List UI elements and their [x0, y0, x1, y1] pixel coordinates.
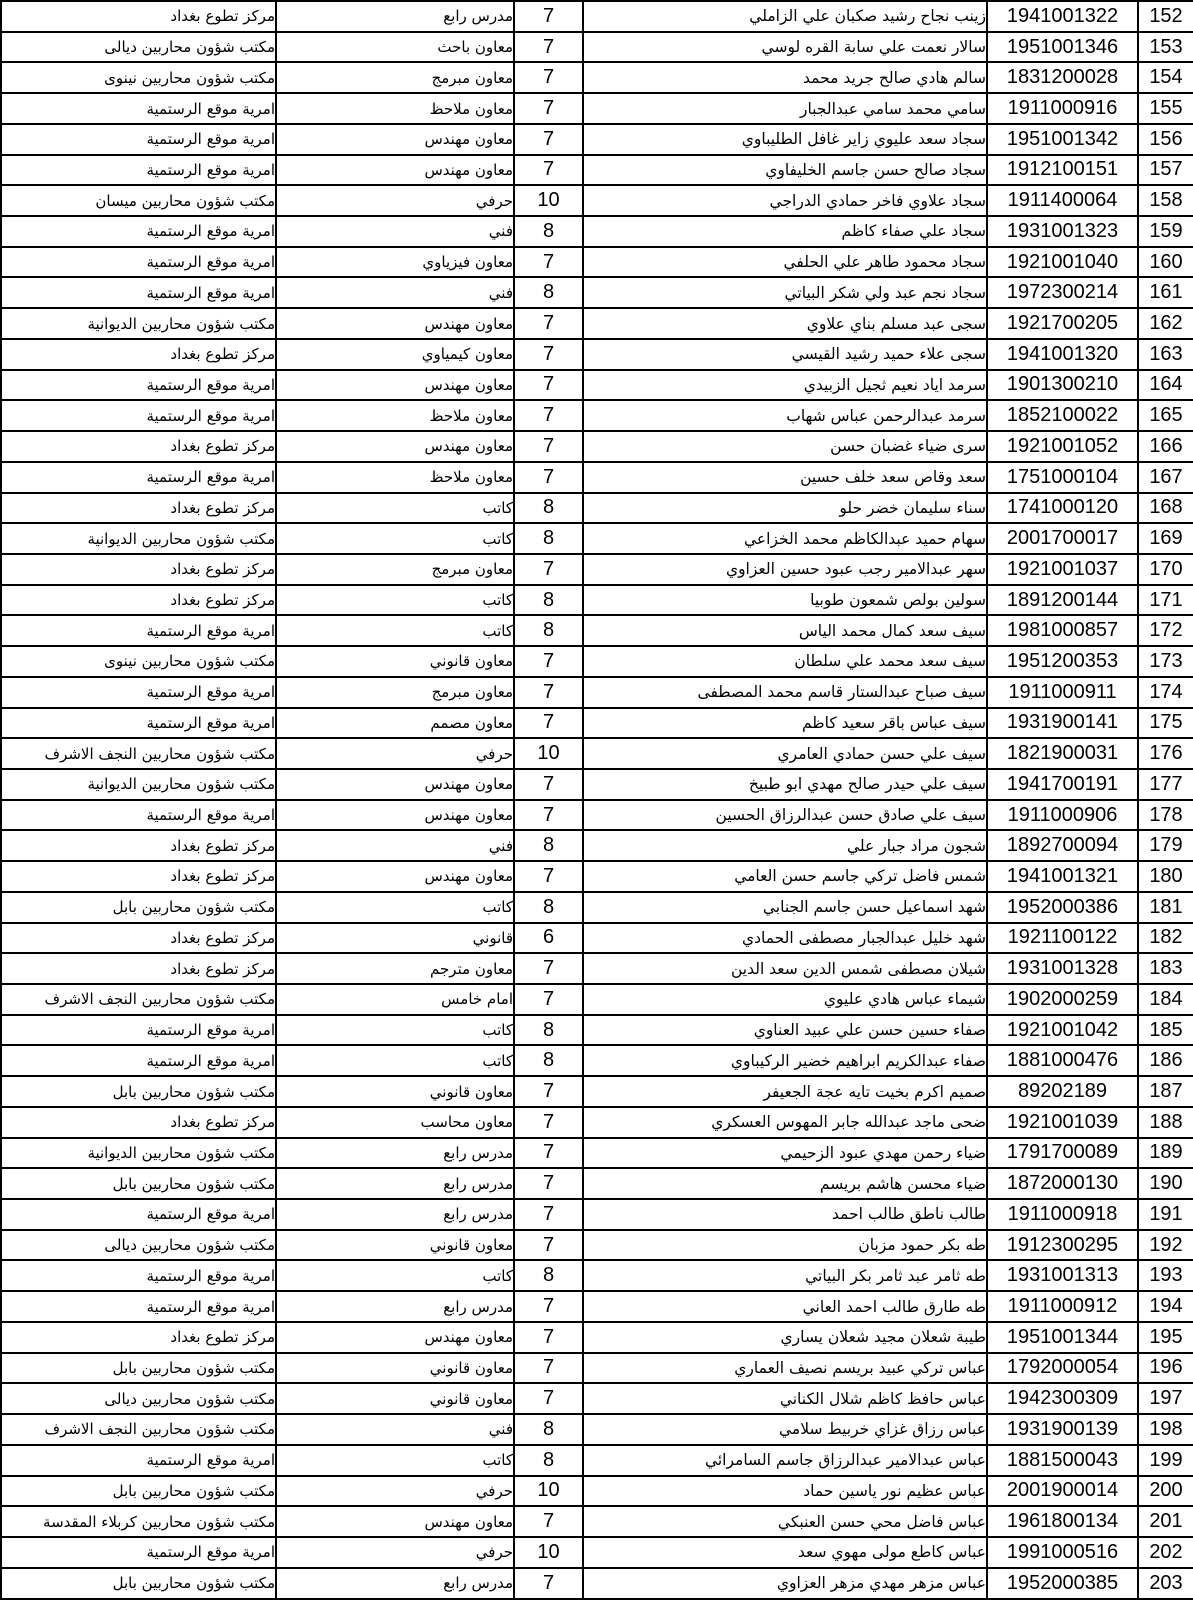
table-row: امرية موقع الرستمية فني 8 سجاد نجم عبد و…	[1, 277, 1193, 308]
serial-number-cell: 194	[1138, 1291, 1193, 1322]
serial-number-cell: 179	[1138, 830, 1193, 861]
job-title-cell: معاون مترجم	[276, 953, 514, 984]
table-row: امرية موقع الرستمية كاتب 8 سيف سعد كمال …	[1, 615, 1193, 646]
name-cell: طه طارق طالب احمد العاني	[583, 1291, 987, 1322]
table-row: مركز تطوع بغداد معاون مهندس 7 طيبة شعلان…	[1, 1322, 1193, 1353]
serial-number-cell: 154	[1138, 62, 1193, 93]
grade-cell: 7	[514, 1383, 583, 1414]
office-cell: مركز تطوع بغداد	[1, 554, 276, 585]
id-number-cell: 1931900139	[987, 1414, 1138, 1445]
grade-cell: 7	[514, 431, 583, 462]
job-title-cell: كاتب	[276, 1260, 514, 1291]
name-cell: طه بكر حمود مزبان	[583, 1230, 987, 1261]
office-cell: مركز تطوع بغداد	[1, 431, 276, 462]
table-row: امرية موقع الرستمية معاون مصمم 7 سيف عبا…	[1, 708, 1193, 739]
office-cell: امرية موقع الرستمية	[1, 708, 276, 739]
name-cell: سرى ضياء غضبان حسن	[583, 431, 987, 462]
serial-number-cell: 169	[1138, 523, 1193, 554]
office-cell: امرية موقع الرستمية	[1, 1445, 276, 1476]
name-cell: شيلان مصطفى شمس الدين سعد الدين	[583, 953, 987, 984]
office-cell: مكتب شؤون محاربين ديالى	[1, 1230, 276, 1261]
office-cell: مكتب شؤون محاربين الديوانية	[1, 1138, 276, 1169]
name-cell: سناء سليمان خضر حلو	[583, 493, 987, 524]
table-row: امرية موقع الرستمية مدرس رابع 7 طالب ناط…	[1, 1199, 1193, 1230]
office-cell: مكتب شؤون محاربين الديوانية	[1, 523, 276, 554]
table-row: مكتب شؤون محاربين النجف الاشرف امام خامس…	[1, 984, 1193, 1015]
id-number-cell: 1911000906	[987, 800, 1138, 831]
job-title-cell: كاتب	[276, 493, 514, 524]
serial-number-cell: 161	[1138, 277, 1193, 308]
serial-number-cell: 158	[1138, 185, 1193, 216]
grade-cell: 7	[514, 1506, 583, 1537]
serial-number-cell: 157	[1138, 155, 1193, 186]
grade-cell: 6	[514, 923, 583, 954]
name-cell: عباس كاطع مولى مهوي سعد	[583, 1537, 987, 1568]
office-cell: مكتب شؤون محاربين ميسان	[1, 185, 276, 216]
serial-number-cell: 190	[1138, 1168, 1193, 1199]
table-row: مكتب شؤون محاربين الديوانية مدرس رابع 7 …	[1, 1138, 1193, 1169]
grade-cell: 8	[514, 830, 583, 861]
serial-number-cell: 202	[1138, 1537, 1193, 1568]
job-title-cell: معاون مهندس	[276, 155, 514, 186]
grade-cell: 7	[514, 554, 583, 585]
grade-cell: 7	[514, 339, 583, 370]
serial-number-cell: 155	[1138, 93, 1193, 124]
name-cell: شجون مراد جبار علي	[583, 830, 987, 861]
id-number-cell: 2001900014	[987, 1476, 1138, 1507]
table-row: مركز تطوع بغداد فني 8 شجون مراد جبار علي…	[1, 830, 1193, 861]
grade-cell: 7	[514, 1138, 583, 1169]
table-row: مركز تطوع بغداد معاون مبرمج 7 سهر عبدالا…	[1, 554, 1193, 585]
table-row: امرية موقع الرستمية معاون مبرمج 7 سيف صب…	[1, 677, 1193, 708]
id-number-cell: 1892700094	[987, 830, 1138, 861]
name-cell: سجاد سعد عليوي زاير غافل الطليباوي	[583, 124, 987, 155]
office-cell: مركز تطوع بغداد	[1, 1322, 276, 1353]
name-cell: عباس عبدالامير عبدالرزاق جاسم السامرائي	[583, 1445, 987, 1476]
table-row: مركز تطوع بغداد كاتب 8 سولين بولص شمعون …	[1, 585, 1193, 616]
table-row: مكتب شؤون محاربين بابل كاتب 8 شهد اسماعي…	[1, 892, 1193, 923]
id-number-cell: 1911000916	[987, 93, 1138, 124]
id-number-cell: 1941001321	[987, 861, 1138, 892]
grade-cell: 8	[514, 216, 583, 247]
id-number-cell: 1902000259	[987, 984, 1138, 1015]
office-cell: امرية موقع الرستمية	[1, 277, 276, 308]
name-cell: سولين بولص شمعون طوبيا	[583, 585, 987, 616]
job-title-cell: معاون مهندس	[276, 308, 514, 339]
table-row: مكتب شؤون محاربين ميسان حرفي 10 سجاد علا…	[1, 185, 1193, 216]
grade-cell: 8	[514, 493, 583, 524]
office-cell: مكتب شؤون محاربين النجف الاشرف	[1, 738, 276, 769]
job-title-cell: امام خامس	[276, 984, 514, 1015]
job-title-cell: معاون قانوني	[276, 1353, 514, 1384]
grade-cell: 7	[514, 1291, 583, 1322]
name-cell: ضياء رحمن مهدي عبود الزحيمي	[583, 1138, 987, 1169]
table-row: مركز تطوع بغداد معاون محاسب 7 ضحى ماجد ع…	[1, 1107, 1193, 1138]
grade-cell: 7	[514, 308, 583, 339]
name-cell: سجاد نجم عبد ولي شكر البياتي	[583, 277, 987, 308]
office-cell: مكتب شؤون محاربين الديوانية	[1, 308, 276, 339]
table-row: مركز تطوع بغداد معاون مهندس 7 شمس فاضل ت…	[1, 861, 1193, 892]
grade-cell: 7	[514, 1168, 583, 1199]
name-cell: صفاء عبدالكريم ابراهيم خضير الركيباوي	[583, 1045, 987, 1076]
table-row: مكتب شؤون محاربين بابل حرفي 10 عباس عظيم…	[1, 1476, 1193, 1507]
job-title-cell: معاون قانوني	[276, 1076, 514, 1107]
name-cell: سالار نعمت علي سابة القره لوسي	[583, 32, 987, 63]
id-number-cell: 2001700017	[987, 523, 1138, 554]
office-cell: مركز تطوع بغداد	[1, 1107, 276, 1138]
name-cell: سجاد صالح حسن جاسم الخليفاوي	[583, 155, 987, 186]
table-row: مكتب شؤون محاربين الديوانية معاون مهندس …	[1, 308, 1193, 339]
id-number-cell: 1741000120	[987, 493, 1138, 524]
serial-number-cell: 199	[1138, 1445, 1193, 1476]
name-cell: سيف علي حسن حمادي العامري	[583, 738, 987, 769]
id-number-cell: 1792000054	[987, 1353, 1138, 1384]
job-title-cell: مدرس رابع	[276, 1568, 514, 1599]
grade-cell: 10	[514, 1537, 583, 1568]
table-row: امرية موقع الرستمية معاون مهندس 7 سيف عل…	[1, 800, 1193, 831]
office-cell: مركز تطوع بغداد	[1, 585, 276, 616]
office-cell: امرية موقع الرستمية	[1, 1015, 276, 1046]
name-cell: سعد وقاص سعد خلف حسين	[583, 462, 987, 493]
table-row: مكتب شؤون محاربين ديالى معاون قانوني 7 ع…	[1, 1383, 1193, 1414]
office-cell: امرية موقع الرستمية	[1, 1291, 276, 1322]
serial-number-cell: 156	[1138, 124, 1193, 155]
office-cell: مكتب شؤون محاربين ديالى	[1, 1383, 276, 1414]
office-cell: امرية موقع الرستمية	[1, 615, 276, 646]
serial-number-cell: 176	[1138, 738, 1193, 769]
grade-cell: 7	[514, 1353, 583, 1384]
job-title-cell: معاون باحث	[276, 32, 514, 63]
table-row: مكتب شؤون محاربين ديالى معاون قانوني 7 ط…	[1, 1230, 1193, 1261]
job-title-cell: مدرس رابع	[276, 1, 514, 32]
grade-cell: 7	[514, 646, 583, 677]
grade-cell: 7	[514, 247, 583, 278]
id-number-cell: 1901300210	[987, 370, 1138, 401]
job-title-cell: معاون محاسب	[276, 1107, 514, 1138]
job-title-cell: كاتب	[276, 892, 514, 923]
grade-cell: 7	[514, 32, 583, 63]
table-row: مكتب شؤون محاربين بابل معاون قانوني 7 عب…	[1, 1353, 1193, 1384]
name-cell: سيف علي صادق حسن عبدالرزاق الحسين	[583, 800, 987, 831]
serial-number-cell: 159	[1138, 216, 1193, 247]
job-title-cell: معاون مهندس	[276, 431, 514, 462]
id-number-cell: 1881000476	[987, 1045, 1138, 1076]
serial-number-cell: 160	[1138, 247, 1193, 278]
name-cell: عباس فاضل محي حسن العنبكي	[583, 1506, 987, 1537]
name-cell: سجاد علي صفاء كاظم	[583, 216, 987, 247]
office-cell: مكتب شؤون محاربين بابل	[1, 892, 276, 923]
office-cell: مكتب شؤون محاربين بابل	[1, 1168, 276, 1199]
job-title-cell: كاتب	[276, 1015, 514, 1046]
name-cell: ضياء محسن هاشم بريسم	[583, 1168, 987, 1199]
id-number-cell: 1881500043	[987, 1445, 1138, 1476]
office-cell: امرية موقع الرستمية	[1, 1199, 276, 1230]
grade-cell: 7	[514, 708, 583, 739]
name-cell: طالب ناطق طالب احمد	[583, 1199, 987, 1230]
office-cell: امرية موقع الرستمية	[1, 1260, 276, 1291]
office-cell: مكتب شؤون محاربين ديالى	[1, 32, 276, 63]
id-number-cell: 1921700205	[987, 308, 1138, 339]
job-title-cell: فني	[276, 216, 514, 247]
job-title-cell: كاتب	[276, 1045, 514, 1076]
job-title-cell: معاون فيزياوي	[276, 247, 514, 278]
office-cell: مكتب شؤون محاربين نينوى	[1, 62, 276, 93]
office-cell: امرية موقع الرستمية	[1, 370, 276, 401]
office-cell: مكتب شؤون محاربين كربلاء المقدسة	[1, 1506, 276, 1537]
serial-number-cell: 197	[1138, 1383, 1193, 1414]
serial-number-cell: 183	[1138, 953, 1193, 984]
office-cell: مركز تطوع بغداد	[1, 830, 276, 861]
office-cell: مكتب شؤون محاربين النجف الاشرف	[1, 1414, 276, 1445]
serial-number-cell: 193	[1138, 1260, 1193, 1291]
job-title-cell: حرفي	[276, 185, 514, 216]
job-title-cell: معاون ملاحظ	[276, 462, 514, 493]
name-cell: ضحى ماجد عبدالله جابر المهوس العسكري	[583, 1107, 987, 1138]
table-row: مركز تطوع بغداد معاون مهندس 7 سرى ضياء غ…	[1, 431, 1193, 462]
serial-number-cell: 182	[1138, 923, 1193, 954]
job-title-cell: كاتب	[276, 523, 514, 554]
grade-cell: 8	[514, 1414, 583, 1445]
name-cell: صفاء حسين حسن علي عبيد العناوي	[583, 1015, 987, 1046]
office-cell: مكتب شؤون محاربين نينوى	[1, 646, 276, 677]
office-cell: مركز تطوع بغداد	[1, 339, 276, 370]
id-number-cell: 1941001322	[987, 1, 1138, 32]
id-number-cell: 1931900141	[987, 708, 1138, 739]
table-row: امرية موقع الرستمية كاتب 8 صفاء عبدالكري…	[1, 1045, 1193, 1076]
name-cell: سهام حميد عبدالكاظم محمد الخزاعي	[583, 523, 987, 554]
serial-number-cell: 198	[1138, 1414, 1193, 1445]
id-number-cell: 1921001040	[987, 247, 1138, 278]
grade-cell: 7	[514, 1568, 583, 1599]
serial-number-cell: 162	[1138, 308, 1193, 339]
personnel-roster-table: مركز تطوع بغداد مدرس رابع 7 زينب نجاح رش…	[0, 0, 1193, 1600]
grade-cell: 8	[514, 1260, 583, 1291]
grade-cell: 7	[514, 1, 583, 32]
name-cell: عباس عظيم نور ياسين حماد	[583, 1476, 987, 1507]
job-title-cell: معاون مبرمج	[276, 62, 514, 93]
id-number-cell: 1942300309	[987, 1383, 1138, 1414]
id-number-cell: 1952000385	[987, 1568, 1138, 1599]
table-row: مكتب شؤون محاربين كربلاء المقدسة معاون م…	[1, 1506, 1193, 1537]
id-number-cell: 1951200353	[987, 646, 1138, 677]
grade-cell: 7	[514, 861, 583, 892]
name-cell: سرمد اياد نعيم ثجيل الزبيدي	[583, 370, 987, 401]
id-number-cell: 1911400064	[987, 185, 1138, 216]
office-cell: امرية موقع الرستمية	[1, 247, 276, 278]
job-title-cell: معاون قانوني	[276, 1230, 514, 1261]
office-cell: امرية موقع الرستمية	[1, 216, 276, 247]
name-cell: سرمد عبدالرحمن عباس شهاب	[583, 400, 987, 431]
table-row: مكتب شؤون محاربين بابل مدرس رابع 7 عباس …	[1, 1568, 1193, 1599]
name-cell: زينب نجاح رشيد صكبان علي الزاملي	[583, 1, 987, 32]
serial-number-cell: 191	[1138, 1199, 1193, 1230]
job-title-cell: فني	[276, 277, 514, 308]
job-title-cell: حرفي	[276, 1537, 514, 1568]
id-number-cell: 1921001042	[987, 1015, 1138, 1046]
job-title-cell: معاون مهندس	[276, 861, 514, 892]
id-number-cell: 1981000857	[987, 615, 1138, 646]
name-cell: شمس فاضل تركي جاسم حسن العامي	[583, 861, 987, 892]
job-title-cell: فني	[276, 1414, 514, 1445]
table-row: مكتب شؤون محاربين النجف الاشرف حرفي 10 س…	[1, 738, 1193, 769]
id-number-cell: 1952000386	[987, 892, 1138, 923]
name-cell: شهد خليل عبدالجبار مصطفى الحمادي	[583, 923, 987, 954]
job-title-cell: معاون مهندس	[276, 800, 514, 831]
office-cell: امرية موقع الرستمية	[1, 800, 276, 831]
grade-cell: 7	[514, 400, 583, 431]
grade-cell: 7	[514, 677, 583, 708]
serial-number-cell: 203	[1138, 1568, 1193, 1599]
serial-number-cell: 186	[1138, 1045, 1193, 1076]
job-title-cell: معاون مبرمج	[276, 554, 514, 585]
id-number-cell: 1921100122	[987, 923, 1138, 954]
id-number-cell: 1821900031	[987, 738, 1138, 769]
name-cell: سجاد علاوي فاخر حمادي الدراجي	[583, 185, 987, 216]
serial-number-cell: 187	[1138, 1076, 1193, 1107]
table-row: امرية موقع الرستمية كاتب 8 صفاء حسين حسن…	[1, 1015, 1193, 1046]
serial-number-cell: 177	[1138, 769, 1193, 800]
office-cell: امرية موقع الرستمية	[1, 155, 276, 186]
table-row: امرية موقع الرستمية مدرس رابع 7 طه طارق …	[1, 1291, 1193, 1322]
table-row: امرية موقع الرستمية معاون مهندس 7 سجاد ص…	[1, 155, 1193, 186]
name-cell: صميم اكرم بخيت تايه عجة الجعيفر	[583, 1076, 987, 1107]
office-cell: مكتب شؤون محاربين بابل	[1, 1353, 276, 1384]
grade-cell: 7	[514, 462, 583, 493]
name-cell: سجى علاء حميد رشيد القيسي	[583, 339, 987, 370]
table-row: امرية موقع الرستمية معاون ملاحظ 7 سامي م…	[1, 93, 1193, 124]
job-title-cell: معاون مهندس	[276, 370, 514, 401]
office-cell: امرية موقع الرستمية	[1, 1045, 276, 1076]
job-title-cell: مدرس رابع	[276, 1138, 514, 1169]
grade-cell: 7	[514, 93, 583, 124]
serial-number-cell: 201	[1138, 1506, 1193, 1537]
id-number-cell: 1931001313	[987, 1260, 1138, 1291]
name-cell: شهد اسماعيل حسن جاسم الجنابي	[583, 892, 987, 923]
job-title-cell: معاون ملاحظ	[276, 93, 514, 124]
id-number-cell: 1751000104	[987, 462, 1138, 493]
table-row: امرية موقع الرستمية فني 8 سجاد علي صفاء …	[1, 216, 1193, 247]
table-row: مكتب شؤون محاربين بابل معاون قانوني 7 صم…	[1, 1076, 1193, 1107]
id-number-cell: 1951001344	[987, 1322, 1138, 1353]
grade-cell: 8	[514, 892, 583, 923]
job-title-cell: معاون مهندس	[276, 769, 514, 800]
serial-number-cell: 189	[1138, 1138, 1193, 1169]
table-row: مكتب شؤون محاربين نينوى معاون مبرمج 7 سا…	[1, 62, 1193, 93]
table-row: مكتب شؤون محاربين الديوانية معاون مهندس …	[1, 769, 1193, 800]
table-row: امرية موقع الرستمية كاتب 8 عباس عبدالامي…	[1, 1445, 1193, 1476]
table-row: امرية موقع الرستمية معاون مهندس 7 سرمد ا…	[1, 370, 1193, 401]
office-cell: مركز تطوع بغداد	[1, 1, 276, 32]
office-cell: مكتب شؤون محاربين النجف الاشرف	[1, 984, 276, 1015]
grade-cell: 7	[514, 800, 583, 831]
id-number-cell: 1911000911	[987, 677, 1138, 708]
id-number-cell: 1941700191	[987, 769, 1138, 800]
office-cell: امرية موقع الرستمية	[1, 462, 276, 493]
serial-number-cell: 184	[1138, 984, 1193, 1015]
table-row: مكتب شؤون محاربين بابل مدرس رابع 7 ضياء …	[1, 1168, 1193, 1199]
grade-cell: 10	[514, 185, 583, 216]
serial-number-cell: 165	[1138, 400, 1193, 431]
serial-number-cell: 164	[1138, 370, 1193, 401]
job-title-cell: معاون مهندس	[276, 1506, 514, 1537]
table-row: امرية موقع الرستمية معاون ملاحظ 7 سرمد ع…	[1, 400, 1193, 431]
id-number-cell: 1912100151	[987, 155, 1138, 186]
id-number-cell: 1911000918	[987, 1199, 1138, 1230]
serial-number-cell: 152	[1138, 1, 1193, 32]
id-number-cell: 1931001323	[987, 216, 1138, 247]
serial-number-cell: 200	[1138, 1476, 1193, 1507]
serial-number-cell: 173	[1138, 646, 1193, 677]
serial-number-cell: 196	[1138, 1353, 1193, 1384]
office-cell: مكتب شؤون محاربين بابل	[1, 1476, 276, 1507]
name-cell: سالم هادي صالح جريد محمد	[583, 62, 987, 93]
office-cell: امرية موقع الرستمية	[1, 124, 276, 155]
job-title-cell: مدرس رابع	[276, 1199, 514, 1230]
name-cell: سيف سعد محمد علي سلطان	[583, 646, 987, 677]
grade-cell: 7	[514, 1076, 583, 1107]
grade-cell: 8	[514, 1445, 583, 1476]
serial-number-cell: 185	[1138, 1015, 1193, 1046]
office-cell: مكتب شؤون محاربين بابل	[1, 1568, 276, 1599]
job-title-cell: كاتب	[276, 585, 514, 616]
grade-cell: 7	[514, 984, 583, 1015]
name-cell: سجاد محمود طاهر علي الحلفي	[583, 247, 987, 278]
office-cell: امرية موقع الرستمية	[1, 677, 276, 708]
id-number-cell: 1921001037	[987, 554, 1138, 585]
job-title-cell: معاون مهندس	[276, 124, 514, 155]
id-number-cell: 1921001052	[987, 431, 1138, 462]
job-title-cell: معاون مبرمج	[276, 677, 514, 708]
serial-number-cell: 168	[1138, 493, 1193, 524]
id-number-cell: 1931001328	[987, 953, 1138, 984]
office-cell: امرية موقع الرستمية	[1, 93, 276, 124]
grade-cell: 7	[514, 370, 583, 401]
job-title-cell: حرفي	[276, 1476, 514, 1507]
grade-cell: 8	[514, 277, 583, 308]
office-cell: مكتب شؤون محاربين بابل	[1, 1076, 276, 1107]
grade-cell: 8	[514, 523, 583, 554]
job-title-cell: معاون ملاحظ	[276, 400, 514, 431]
name-cell: شيماء عباس هادي عليوي	[583, 984, 987, 1015]
grade-cell: 7	[514, 953, 583, 984]
grade-cell: 7	[514, 124, 583, 155]
job-title-cell: كاتب	[276, 615, 514, 646]
job-title-cell: معاون قانوني	[276, 1383, 514, 1414]
name-cell: سجى عبد مسلم بناي علاوي	[583, 308, 987, 339]
job-title-cell: مدرس رابع	[276, 1291, 514, 1322]
id-number-cell: 1972300214	[987, 277, 1138, 308]
id-number-cell: 1961800134	[987, 1506, 1138, 1537]
serial-number-cell: 188	[1138, 1107, 1193, 1138]
table-row: مكتب شؤون محاربين النجف الاشرف فني 8 عبا…	[1, 1414, 1193, 1445]
job-title-cell: معاون مهندس	[276, 1322, 514, 1353]
office-cell: امرية موقع الرستمية	[1, 400, 276, 431]
name-cell: عباس مزهر مهدي مزهر العزاوي	[583, 1568, 987, 1599]
serial-number-cell: 163	[1138, 339, 1193, 370]
id-number-cell: 89202189	[987, 1076, 1138, 1107]
grade-cell: 8	[514, 585, 583, 616]
serial-number-cell: 181	[1138, 892, 1193, 923]
serial-number-cell: 172	[1138, 615, 1193, 646]
grade-cell: 7	[514, 1107, 583, 1138]
job-title-cell: كاتب	[276, 1445, 514, 1476]
id-number-cell: 1951001342	[987, 124, 1138, 155]
table-row: مركز تطوع بغداد مدرس رابع 7 زينب نجاح رش…	[1, 1, 1193, 32]
job-title-cell: فني	[276, 830, 514, 861]
serial-number-cell: 175	[1138, 708, 1193, 739]
grade-cell: 8	[514, 1045, 583, 1076]
id-number-cell: 1831200028	[987, 62, 1138, 93]
